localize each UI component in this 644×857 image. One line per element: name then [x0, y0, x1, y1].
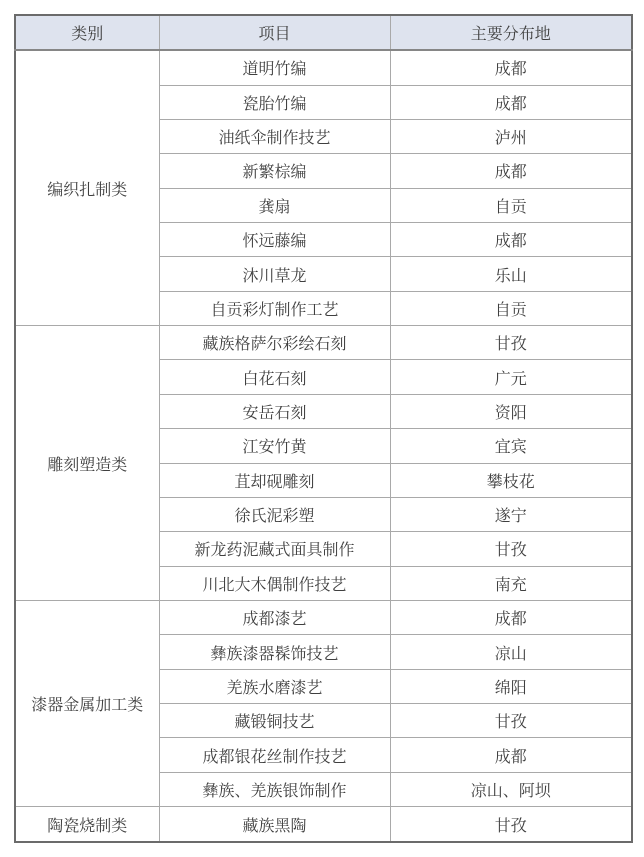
location-cell: 甘孜 [390, 807, 632, 842]
location-cell: 绵阳 [390, 669, 632, 703]
category-cell: 雕刻塑造类 [15, 326, 159, 601]
table-header: 类别 项目 主要分布地 [15, 15, 632, 50]
location-cell: 乐山 [390, 257, 632, 291]
item-cell: 新龙药泥藏式面具制作 [159, 532, 390, 566]
item-cell: 藏族格萨尔彩绘石刻 [159, 326, 390, 360]
item-cell: 苴却砚雕刻 [159, 463, 390, 497]
item-cell: 瓷胎竹编 [159, 85, 390, 119]
location-cell: 南充 [390, 566, 632, 600]
item-cell: 沐川草龙 [159, 257, 390, 291]
item-cell: 安岳石刻 [159, 394, 390, 428]
location-cell: 甘孜 [390, 704, 632, 738]
item-cell: 油纸伞制作技艺 [159, 119, 390, 153]
location-cell: 凉山、阿坝 [390, 772, 632, 806]
header-row: 类别 项目 主要分布地 [15, 15, 632, 50]
table-row: 编织扎制类道明竹编成都 [15, 50, 632, 85]
location-cell: 甘孜 [390, 532, 632, 566]
item-cell: 藏族黑陶 [159, 807, 390, 842]
location-cell: 泸州 [390, 119, 632, 153]
item-cell: 龚扇 [159, 188, 390, 222]
item-cell: 道明竹编 [159, 50, 390, 85]
table-row: 漆器金属加工类成都漆艺成都 [15, 600, 632, 634]
location-cell: 甘孜 [390, 326, 632, 360]
item-cell: 彝族漆器髹饰技艺 [159, 635, 390, 669]
location-cell: 宜宾 [390, 429, 632, 463]
item-cell: 白花石刻 [159, 360, 390, 394]
category-cell: 漆器金属加工类 [15, 600, 159, 806]
item-cell: 成都漆艺 [159, 600, 390, 634]
item-cell: 怀远藤编 [159, 223, 390, 257]
location-cell: 成都 [390, 85, 632, 119]
table-row: 陶瓷烧制类藏族黑陶甘孜 [15, 807, 632, 842]
item-cell: 川北大木偶制作技艺 [159, 566, 390, 600]
location-cell: 凉山 [390, 635, 632, 669]
location-cell: 成都 [390, 50, 632, 85]
header-cell-item: 项目 [159, 15, 390, 50]
item-cell: 江安竹黄 [159, 429, 390, 463]
item-cell: 彝族、羌族银饰制作 [159, 772, 390, 806]
item-cell: 羌族水磨漆艺 [159, 669, 390, 703]
page: { "table": { "columns": ["类别", "项目", "主要… [0, 0, 644, 857]
category-cell: 编织扎制类 [15, 50, 159, 326]
location-cell: 成都 [390, 738, 632, 772]
header-cell-category: 类别 [15, 15, 159, 50]
table-row: 雕刻塑造类藏族格萨尔彩绘石刻甘孜 [15, 326, 632, 360]
header-cell-location: 主要分布地 [390, 15, 632, 50]
item-cell: 藏锻铜技艺 [159, 704, 390, 738]
location-cell: 成都 [390, 154, 632, 188]
item-cell: 新繁棕编 [159, 154, 390, 188]
location-cell: 攀枝花 [390, 463, 632, 497]
item-cell: 成都银花丝制作技艺 [159, 738, 390, 772]
location-cell: 自贡 [390, 291, 632, 325]
location-cell: 自贡 [390, 188, 632, 222]
item-cell: 徐氏泥彩塑 [159, 497, 390, 531]
location-cell: 遂宁 [390, 497, 632, 531]
item-cell: 自贡彩灯制作工艺 [159, 291, 390, 325]
heritage-table: 类别 项目 主要分布地 编织扎制类道明竹编成都瓷胎竹编成都油纸伞制作技艺泸州新繁… [14, 14, 633, 843]
table-body: 编织扎制类道明竹编成都瓷胎竹编成都油纸伞制作技艺泸州新繁棕编成都龚扇自贡怀远藤编… [15, 50, 632, 842]
location-cell: 成都 [390, 600, 632, 634]
location-cell: 资阳 [390, 394, 632, 428]
location-cell: 成都 [390, 223, 632, 257]
location-cell: 广元 [390, 360, 632, 394]
category-cell: 陶瓷烧制类 [15, 807, 159, 842]
